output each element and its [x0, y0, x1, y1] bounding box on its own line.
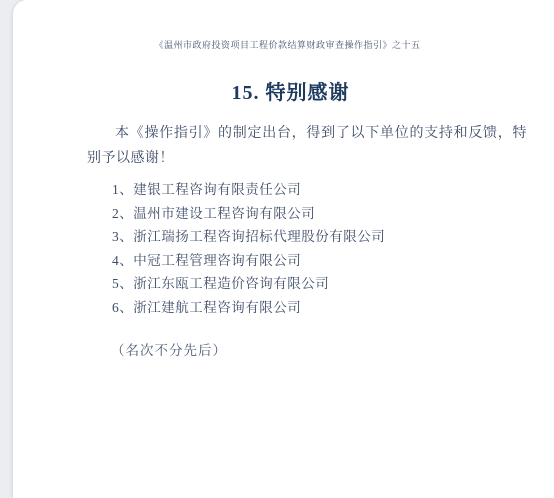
- list-item: 1、建银工程咨询有限责任公司: [112, 178, 385, 202]
- list-item: 5、浙江东瓯工程造价咨询有限公司: [112, 272, 385, 296]
- list-item: 2、温州市建设工程咨询有限公司: [112, 202, 385, 226]
- footnote: （名次不分先后）: [111, 339, 227, 359]
- document-page: 《温州市政府投资项目工程价款结算财政审查操作指引》之十五 15. 特别感谢 本《…: [13, 0, 554, 498]
- list-item: 6、浙江建航工程咨询有限公司: [112, 296, 385, 320]
- list-item: 4、中冠工程管理咨询有限公司: [112, 249, 385, 273]
- list-item: 3、浙江瑞扬工程咨询招标代理股份有限公司: [112, 225, 385, 249]
- document-header: 《温州市政府投资项目工程价款结算财政审查操作指引》之十五: [13, 38, 554, 51]
- intro-paragraph: 本《操作指引》的制定出台，得到了以下单位的支持和反馈，特别予以感谢！: [87, 121, 527, 171]
- section-title: 15. 特别感谢: [13, 76, 554, 105]
- acknowledgement-list: 1、建银工程咨询有限责任公司 2、温州市建设工程咨询有限公司 3、浙江瑞扬工程咨…: [112, 178, 385, 320]
